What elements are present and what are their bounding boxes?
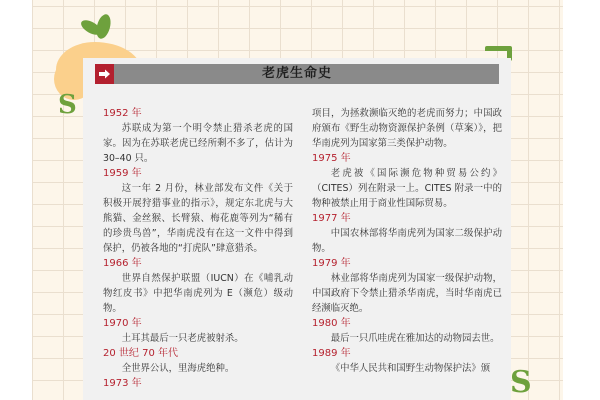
entry-year: 1979 年 (312, 256, 502, 271)
entry-text: 老虎被《国际濒危物种贸易公约》（CITES）列在附录一上。CITES 附录一中的… (312, 166, 502, 211)
entry-year: 1966 年 (103, 256, 293, 271)
entry-text: 土耳其最后一只老虎被射杀。 (103, 331, 293, 346)
timeline-entry: 1959 年 这一年 2 月份，林业部发布文件《关于积极开展狩猎事业的指示》，规… (103, 166, 293, 256)
entry-text: 这一年 2 月份，林业部发布文件《关于积极开展狩猎事业的指示》，规定东北虎与大熊… (103, 181, 293, 256)
entry-year: 1959 年 (103, 166, 293, 181)
left-column: 1952 年 苏联成为第一个明令禁止猎杀老虎的国家。因为在苏联老虎已经所剩不多了… (103, 106, 293, 391)
tiger-history-panel: 老虎生命史 1952 年 苏联成为第一个明令禁止猎杀老虎的国家。因为在苏联老虎已… (83, 58, 511, 400)
entry-text-continuation: 项目，为拯救濒临灭绝的老虎而努力；中国政府颁布《野生动物资源保护条例（草案）》，… (312, 106, 502, 151)
entry-year: 1952 年 (103, 106, 293, 121)
timeline-entry: 1989 年 《中华人民共和国野生动物保护法》颁 (312, 346, 502, 376)
timeline-entry: 1952 年 苏联成为第一个明令禁止猎杀老虎的国家。因为在苏联老虎已经所剩不多了… (103, 106, 293, 166)
swirl-decoration-icon: S (58, 90, 77, 120)
entry-text: 苏联成为第一个明令禁止猎杀老虎的国家。因为在苏联老虎已经所剩不多了，估计为 30… (103, 121, 293, 166)
timeline-entry: 20 世纪 70 年代 全世界公认，里海虎绝种。 (103, 346, 293, 376)
timeline-entry: 1970 年 土耳其最后一只老虎被射杀。 (103, 316, 293, 346)
entry-text: 全世界公认，里海虎绝种。 (103, 361, 293, 376)
entry-text: 最后一只爪哇虎在雅加达的动物园去世。 (312, 331, 502, 346)
timeline-entry: 1980 年 最后一只爪哇虎在雅加达的动物园去世。 (312, 316, 502, 346)
swirl-decoration-icon: S (510, 365, 532, 400)
section-header: 老虎生命史 (95, 64, 499, 84)
entry-year: 1970 年 (103, 316, 293, 331)
section-title: 老虎生命史 (95, 64, 499, 84)
arrow-right-icon (95, 64, 114, 84)
entry-year: 20 世纪 70 年代 (103, 346, 293, 361)
timeline-entry: 1966 年 世界自然保护联盟（IUCN）在《哺乳动物红皮书》中把华南虎列为 E… (103, 256, 293, 316)
entry-year: 1980 年 (312, 316, 502, 331)
entry-year: 1973 年 (103, 376, 293, 391)
entry-text: 世界自然保护联盟（IUCN）在《哺乳动物红皮书》中把华南虎列为 E（濒危）级动物… (103, 271, 293, 316)
entry-text: 林业部将华南虎列为国家一级保护动物，中国政府下令禁止猎杀华南虎，当时华南虎已经濒… (312, 271, 502, 316)
timeline-entry: 1979 年 林业部将华南虎列为国家一级保护动物，中国政府下令禁止猎杀华南虎，当… (312, 256, 502, 316)
entry-year: 1989 年 (312, 346, 502, 361)
entry-year: 1977 年 (312, 211, 502, 226)
entry-year: 1975 年 (312, 151, 502, 166)
timeline-entry: 1973 年 (103, 376, 293, 391)
timeline-entry: 1977 年 中国农林部将华南虎列为国家二级保护动物。 (312, 211, 502, 256)
entry-text: 中国农林部将华南虎列为国家二级保护动物。 (312, 226, 502, 256)
entry-text: 《中华人民共和国野生动物保护法》颁 (312, 361, 502, 376)
timeline-entry: 1975 年 老虎被《国际濒危物种贸易公约》（CITES）列在附录一上。CITE… (312, 151, 502, 211)
right-column: 项目，为拯救濒临灭绝的老虎而努力；中国政府颁布《野生动物资源保护条例（草案）》，… (312, 106, 502, 376)
